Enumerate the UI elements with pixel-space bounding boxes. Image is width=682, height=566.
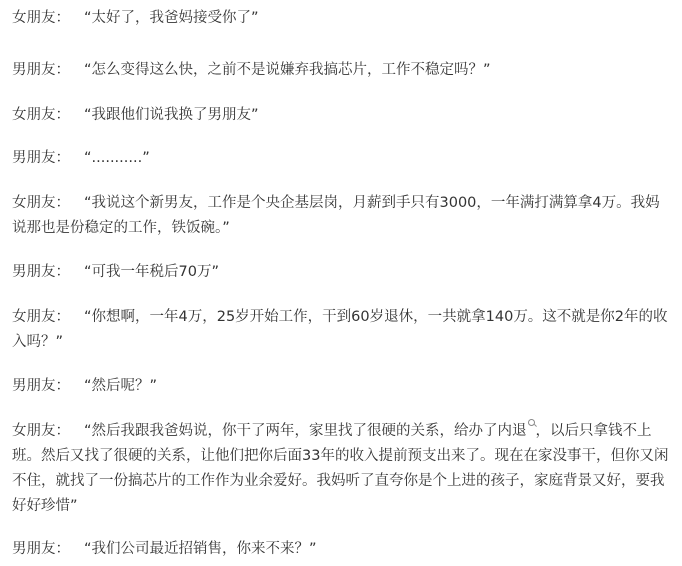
speaker-label: 男朋友： [12, 264, 70, 280]
speaker-label: 女朋友： [12, 195, 70, 211]
dialogue-line-3: 女朋友：“我跟他们说我换了男朋友” [12, 103, 672, 128]
speaker-label: 男朋友： [12, 62, 70, 78]
speaker-label: 男朋友： [12, 378, 70, 394]
speaker-label: 女朋友： [12, 309, 70, 325]
dialogue-text: “...........” [84, 150, 150, 166]
dialogue-line-10: 男朋友：“我们公司最近招销售，你来不来？” [12, 537, 672, 562]
speaker-label: 男朋友： [12, 150, 70, 166]
dialogue-line-5: 女朋友：“我说这个新男友，工作是个央企基层岗，月薪到手只有3000，一年满打满算… [12, 191, 672, 241]
speaker-label: 女朋友： [12, 423, 70, 439]
dialogue-text: “怎么变得这么快，之前不是说嫌弃我搞芯片，工作不稳定吗？” [84, 62, 491, 78]
dialogue-text: “可我一年税后70万” [84, 264, 219, 280]
dialogue-text: “我说这个新男友，工作是个央企基层岗，月薪到手只有3000，一年满打满算拿4万。… [12, 195, 660, 236]
dialogue-text: “然后呢？” [84, 378, 157, 394]
dialogue-line-4: 男朋友：“...........” [12, 146, 672, 171]
dialogue-line-9: 女朋友：“然后我跟我爸妈说，你干了两年，家里找了很硬的关系，给办了内退，以后只拿… [12, 419, 672, 519]
dialogue-line-7: 女朋友：“你想啊，一年4万，25岁开始工作，干到60岁退休，一共就拿140万。这… [12, 305, 672, 355]
speaker-label: 女朋友： [12, 107, 70, 123]
speaker-label: 男朋友： [12, 541, 70, 557]
dialogue-document: 女朋友：“太好了，我爸妈接受你了” 男朋友：“怎么变得这么快，之前不是说嫌弃我搞… [0, 0, 682, 566]
dialogue-text: “我跟他们说我换了男朋友” [84, 107, 259, 123]
dialogue-text: “我们公司最近招销售，你来不来？” [84, 541, 317, 557]
dialogue-text: “太好了，我爸妈接受你了” [84, 10, 259, 26]
dialogue-line-1: 女朋友：“太好了，我爸妈接受你了” [12, 6, 672, 31]
dialogue-text: “然后我跟我爸妈说，你干了两年，家里找了很硬的关系，给办了内退 [84, 423, 527, 439]
speaker-label: 女朋友： [12, 10, 70, 26]
dialogue-line-2: 男朋友：“怎么变得这么快，之前不是说嫌弃我搞芯片，工作不稳定吗？” [12, 58, 672, 83]
dialogue-text: “你想啊，一年4万，25岁开始工作，干到60岁退休，一共就拿140万。这不就是你… [12, 309, 668, 350]
dialogue-line-6: 男朋友：“可我一年税后70万” [12, 260, 672, 285]
dialogue-line-8: 男朋友：“然后呢？” [12, 374, 672, 399]
search-icon[interactable] [528, 419, 536, 427]
